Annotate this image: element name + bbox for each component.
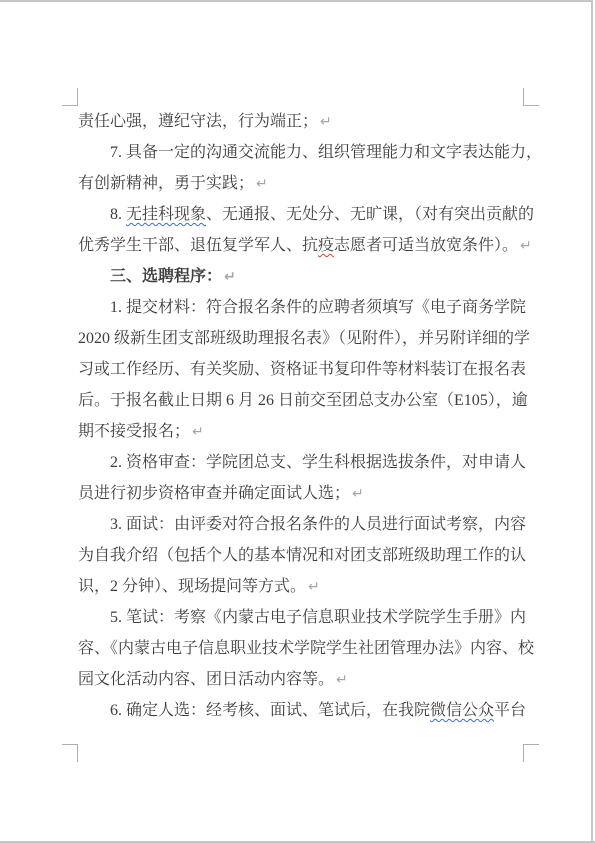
text-run: 习或工作经历、有关奖励、资格证书复印件等材料装订在报名表 — [78, 361, 526, 378]
text-run: 5. 笔试：考察《内蒙古电子信息职业技术学院学生手册》内 — [110, 609, 526, 626]
paragraph-mark: ↵ — [224, 269, 236, 285]
spellcheck-blue-text: 无挂科现象 — [126, 206, 206, 223]
text-run: 责任心强，遵纪守法，行为端正； — [78, 113, 318, 130]
document-page: 责任心强，遵纪守法，行为端正；↵7. 具备一定的沟通交流能力、组织管理能力和文字… — [0, 0, 595, 843]
paragraph-mark: ↵ — [308, 579, 320, 595]
text-run: 优秀学生干部、退伍复学军人、抗 — [78, 237, 318, 254]
text-run: 平台 — [494, 702, 526, 719]
text-run: 、无通报、无处分、无旷课，（对有突出贡献的 — [206, 206, 534, 223]
text-line: 识，2 分钟）、现场提问等方式。↵ — [78, 571, 524, 602]
text-line: 5. 笔试：考察《内蒙古电子信息职业技术学院学生手册》内 — [78, 602, 524, 633]
paragraph-mark: ↵ — [352, 486, 364, 502]
text-line: 责任心强，遵纪守法，行为端正；↵ — [78, 106, 524, 137]
page-edge-top — [0, 0, 593, 2]
crop-mark-top-left — [62, 88, 78, 106]
text-line: 容、《内蒙古电子信息职业技术学院学生社团管理办法》内容、校 — [78, 633, 524, 664]
paragraph-mark: ↵ — [192, 424, 204, 440]
text-run: 期不接受报名； — [78, 423, 190, 440]
crop-mark-bottom-left — [62, 744, 78, 762]
text-run: 8. — [110, 206, 126, 223]
text-line: 6. 确定人选：经考核、面试、笔试后，在我院微信公众平台 — [78, 695, 524, 726]
text-line: 期不接受报名；↵ — [78, 416, 524, 447]
text-run: 志愿者可适当放宽条件）。 — [334, 237, 518, 254]
paragraph-mark: ↵ — [256, 176, 268, 192]
crop-mark-bottom-right — [523, 744, 539, 762]
section-heading: 三、选聘程序：↵ — [78, 261, 524, 292]
paragraph-mark: ↵ — [320, 114, 332, 130]
document-text-area: 责任心强，遵纪守法，行为端正；↵7. 具备一定的沟通交流能力、组织管理能力和文字… — [78, 106, 524, 726]
text-run: 容、《内蒙古电子信息职业技术学院学生社团管理办法》内容、校 — [78, 640, 534, 657]
text-line: 有创新精神，勇于实践；↵ — [78, 168, 524, 199]
text-line: 员进行初步资格审查并确定面试人选；↵ — [78, 478, 524, 509]
text-run: 1. 提交材料：符合报名条件的应聘者须填写《电子商务学院 — [110, 299, 526, 316]
text-run: 识，2 分钟）、现场提问等方式。 — [78, 578, 306, 595]
text-line: 3. 面试：由评委对符合报名条件的人员进行面试考察，内容 — [78, 509, 524, 540]
text-run: 3. 面试：由评委对符合报名条件的人员进行面试考察，内容 — [110, 516, 526, 533]
paragraph-mark: ↵ — [336, 672, 348, 688]
spellcheck-blue-text: 微信公众 — [430, 702, 494, 719]
text-line: 习或工作经历、有关奖励、资格证书复印件等材料装订在报名表 — [78, 354, 524, 385]
text-run: 6. 确定人选：经考核、面试、笔试后，在我院 — [110, 702, 430, 719]
text-run: 后。于报名截止日期 6 月 26 日前交至团总支办公室（E105），逾 — [78, 392, 528, 409]
text-line: 2020 级新生团支部班级助理报名表》（见附件），并另附详细的学 — [78, 323, 524, 354]
text-line: 1. 提交材料：符合报名条件的应聘者须填写《电子商务学院 — [78, 292, 524, 323]
text-run: 2. 资格审查：学院团总支、学生科根据选拔条件，对申请人 — [110, 454, 526, 471]
text-run: 2020 级新生团支部班级助理报名表》（见附件），并另附详细的学 — [78, 330, 530, 347]
spellcheck-red-text: 疫 — [318, 237, 334, 254]
text-line: 后。于报名截止日期 6 月 26 日前交至团总支办公室（E105），逾 — [78, 385, 524, 416]
text-run: 园文化活动内容、团日活动内容等。 — [78, 671, 334, 688]
crop-mark-top-right — [523, 88, 539, 106]
text-line: 8. 无挂科现象、无通报、无处分、无旷课，（对有突出贡献的 — [78, 199, 524, 230]
text-line: 2. 资格审查：学院团总支、学生科根据选拔条件，对申请人 — [78, 447, 524, 478]
text-run: 员进行初步资格审查并确定面试人选； — [78, 485, 350, 502]
text-line: 7. 具备一定的沟通交流能力、组织管理能力和文字表达能力， — [78, 137, 524, 168]
text-line: 优秀学生干部、退伍复学军人、抗疫志愿者可适当放宽条件）。↵ — [78, 230, 524, 261]
text-line: 园文化活动内容、团日活动内容等。↵ — [78, 664, 524, 695]
text-run: 三、选聘程序： — [110, 268, 222, 285]
page-edge-right — [591, 2, 593, 841]
paragraph-mark: ↵ — [520, 238, 532, 254]
text-line: 为自我介绍（包括个人的基本情况和对团支部班级助理工作的认 — [78, 540, 524, 571]
text-run: 为自我介绍（包括个人的基本情况和对团支部班级助理工作的认 — [78, 547, 526, 564]
text-run: 有创新精神，勇于实践； — [78, 175, 254, 192]
text-run: 7. 具备一定的沟通交流能力、组织管理能力和文字表达能力， — [110, 144, 542, 161]
